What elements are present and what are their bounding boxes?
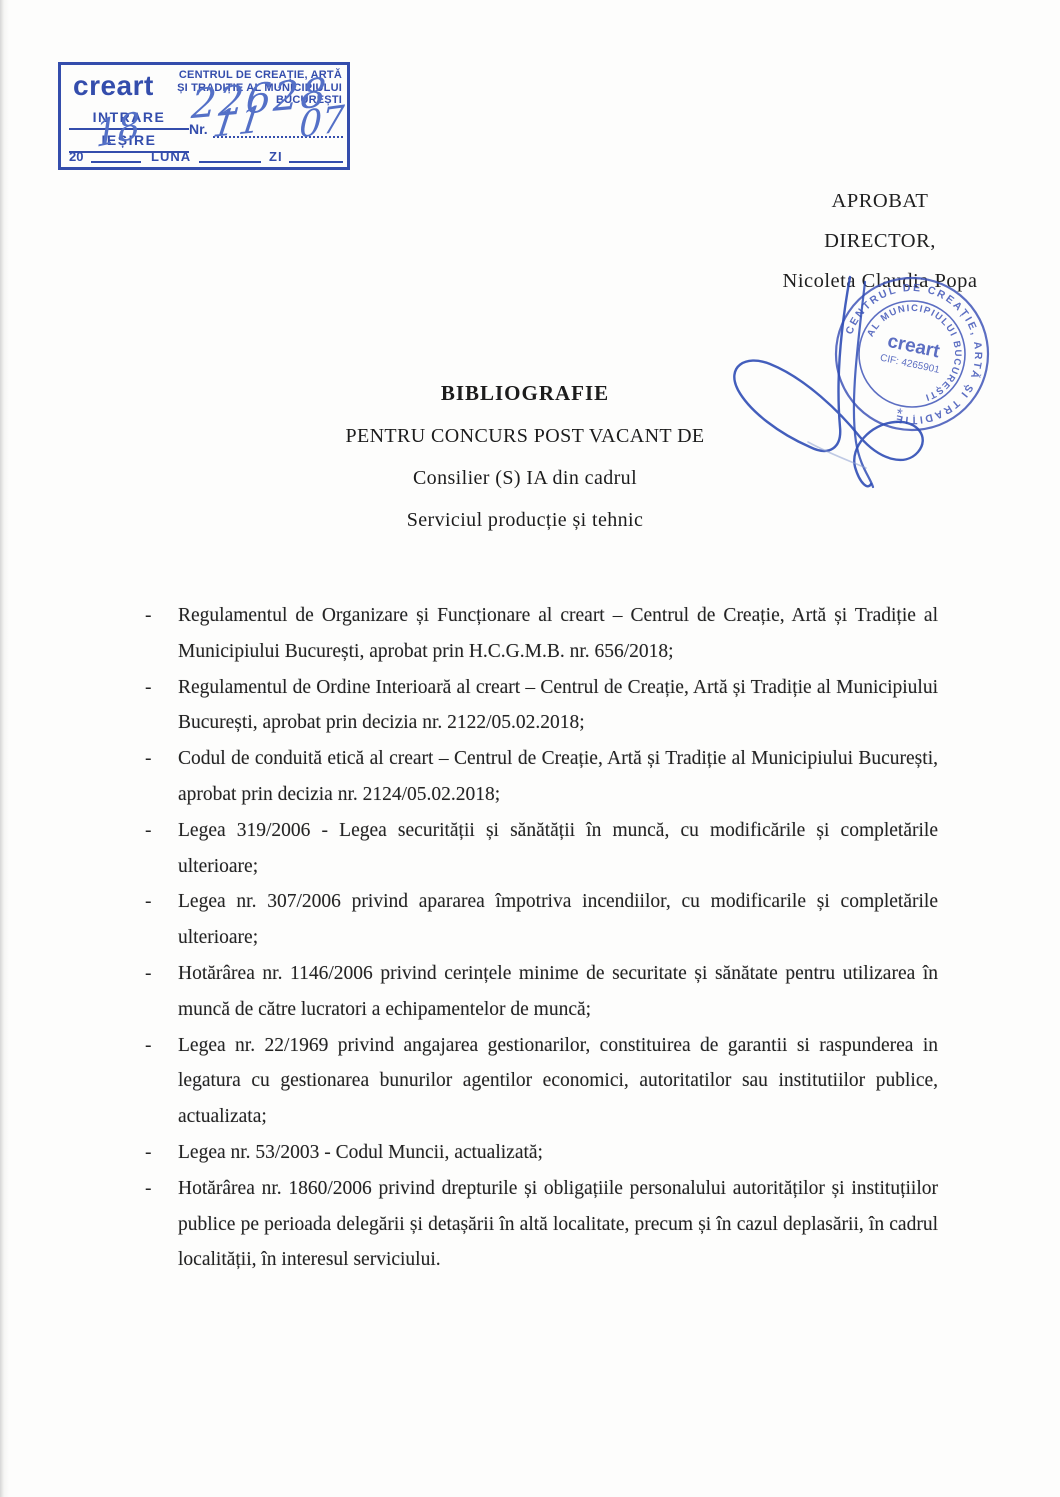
zi-label: ZI	[269, 149, 283, 164]
registration-stamp: creart CENTRUL DE CREAȚIE, ARTĂ ȘI TRADI…	[58, 62, 350, 170]
bullet-dash: -	[145, 670, 178, 706]
approbat-label: APROBAT	[710, 190, 1050, 213]
document-subtitle-2: Consilier (S) IA din cadrul	[0, 467, 1050, 490]
document-headings: BIBLIOGRAFIE PENTRU CONCURS POST VACANT …	[0, 381, 1050, 551]
list-item-text: Legea nr. 22/1969 privind angajarea gest…	[178, 1028, 938, 1135]
document-subtitle-3: Serviciul producție și tehnic	[0, 509, 1050, 532]
bullet-dash: -	[145, 741, 178, 777]
list-item-text: Hotărârea nr. 1860/2006 privind drepturi…	[178, 1171, 938, 1278]
list-item: - Legea 319/2006 - Legea securității și …	[145, 813, 938, 885]
list-item: - Legea nr. 307/2006 privind apararea îm…	[145, 884, 938, 956]
list-item: - Hotărârea nr. 1860/2006 privind dreptu…	[145, 1171, 938, 1278]
scanned-document-page: creart CENTRUL DE CREAȚIE, ARTĂ ȘI TRADI…	[0, 0, 1060, 1497]
handwritten-month: 11	[211, 102, 268, 144]
list-item: - Legea nr. 53/2003 - Codul Muncii, actu…	[145, 1135, 938, 1171]
document-title: BIBLIOGRAFIE	[0, 381, 1050, 406]
luna-label: LUNA	[151, 149, 191, 164]
bibliography-list: - Regulamentul de Organizare și Funcțion…	[145, 598, 938, 1278]
list-item-text: Codul de conduită etică al creart – Cent…	[178, 741, 938, 813]
bullet-dash: -	[145, 884, 178, 920]
list-item: - Codul de conduită etică al creart – Ce…	[145, 741, 938, 813]
list-item-text: Hotărârea nr. 1146/2006 privind cerințel…	[178, 956, 938, 1028]
list-item: - Legea nr. 22/1969 privind angajarea ge…	[145, 1028, 938, 1135]
bullet-dash: -	[145, 598, 178, 634]
list-item-text: Legea nr. 53/2003 - Codul Muncii, actual…	[178, 1135, 938, 1171]
bullet-dash: -	[145, 956, 178, 992]
handwritten-day: 07	[299, 102, 346, 145]
luna-blank-line	[199, 149, 261, 163]
list-item-text: Regulamentul de Ordine Interioară al cre…	[178, 670, 938, 742]
year-prefix: 20	[69, 149, 83, 164]
bullet-dash: -	[145, 1028, 178, 1064]
creart-logo: creart	[73, 70, 154, 102]
list-item: - Regulamentul de Ordine Interioară al c…	[145, 670, 938, 742]
bullet-dash: -	[145, 813, 178, 849]
list-item-text: Legea 319/2006 - Legea securității și să…	[178, 813, 938, 885]
list-item-text: Regulamentul de Organizare și Funcționar…	[178, 598, 938, 670]
list-item: - Regulamentul de Organizare și Funcțion…	[145, 598, 938, 670]
zi-blank-line	[289, 149, 343, 163]
handwritten-year: 18	[95, 108, 141, 154]
bullet-dash: -	[145, 1135, 178, 1171]
list-item-text: Legea nr. 307/2006 privind apararea împo…	[178, 884, 938, 956]
document-subtitle-1: PENTRU CONCURS POST VACANT DE	[0, 425, 1050, 448]
list-item: - Hotărârea nr. 1146/2006 privind cerinț…	[145, 956, 938, 1028]
director-label: DIRECTOR,	[710, 230, 1050, 253]
scan-edge-shadow	[0, 0, 9, 1497]
bullet-dash: -	[145, 1171, 178, 1207]
